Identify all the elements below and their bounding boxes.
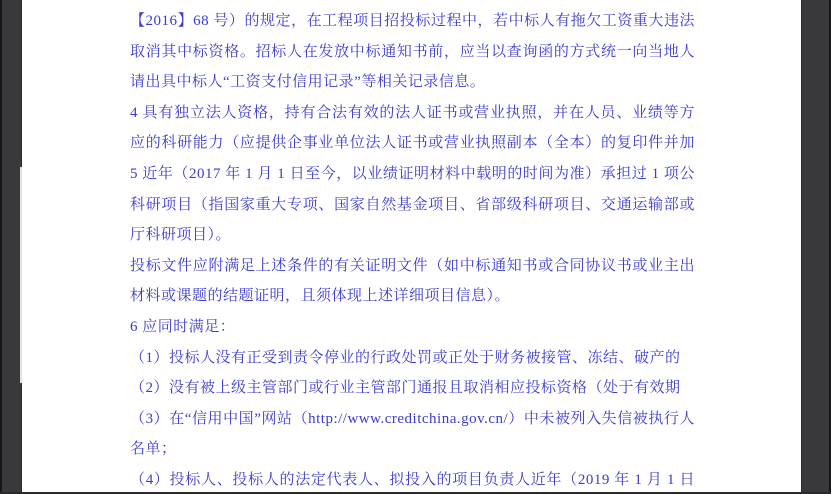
viewer-right-margin [801,0,831,494]
document-line: （4）投标人、投标人的法定代表人、拟投入的项目负责人近年（2019 年 1 月 … [130,465,695,494]
document-line: 4 具有独立法人资格，持有合法有效的法人证书或营业执照，并在人员、业绩等方面具有… [130,98,695,129]
document-line: 【2016】68 号）的规定，在工程项目招投标过程中，若中标人有拖欠工资重大违法… [130,6,695,37]
document-line: 投标文件应附满足上述条件的有关证明文件（如中标通知书或合同协议书或业主出具的证明 [130,251,695,282]
document-viewer: 【2016】68 号）的规定，在工程项目招投标过程中，若中标人有拖欠工资重大违法… [0,0,831,494]
document-page: 【2016】68 号）的规定，在工程项目招投标过程中，若中标人有拖欠工资重大违法… [22,0,801,492]
document-line: （1）投标人没有正受到责令停业的行政处罚或正处于财务被接管、冻结、破产的状态； [130,343,695,374]
document-line: 取消其中标资格。招标人在发放中标通知书前，应当以查询函的方式统一向当地人社部门函 [130,37,695,68]
document-line: （2）没有被上级主管部门或行业主管部门通报且取消相应投标资格（处于有效期内）； [130,373,695,404]
document-line: 5 近年（2017 年 1 月 1 日至今，以业绩证明材料中载明的时间为准）承担… [130,159,695,190]
document-line: 名单； [130,434,695,465]
document-line: 6 应同时满足： [130,312,695,343]
scroll-indicator[interactable] [20,167,22,383]
document-text-block: 【2016】68 号）的规定，在工程项目招投标过程中，若中标人有拖欠工资重大违法… [130,6,695,494]
document-line: 科研项目（指国家重大专项、国家自然基金项目、省部级科研项目、交通运输部或交通运输 [130,190,695,221]
document-line: 厅科研项目）。 [130,220,695,251]
document-line: （3）在“信用中国”网站（http://www.creditchina.gov.… [130,404,695,435]
document-line: 请出具中标人“工资支付信用记录”等相关记录信息。 [130,67,695,98]
document-line: 材料或课题的结题证明，且须体现上述详细项目信息）。 [130,281,695,312]
document-line: 应的科研能力（应提供企事业单位法人证书或营业执照副本（全本）的复印件并加盖单位章… [130,128,695,159]
viewer-left-margin [0,0,22,494]
